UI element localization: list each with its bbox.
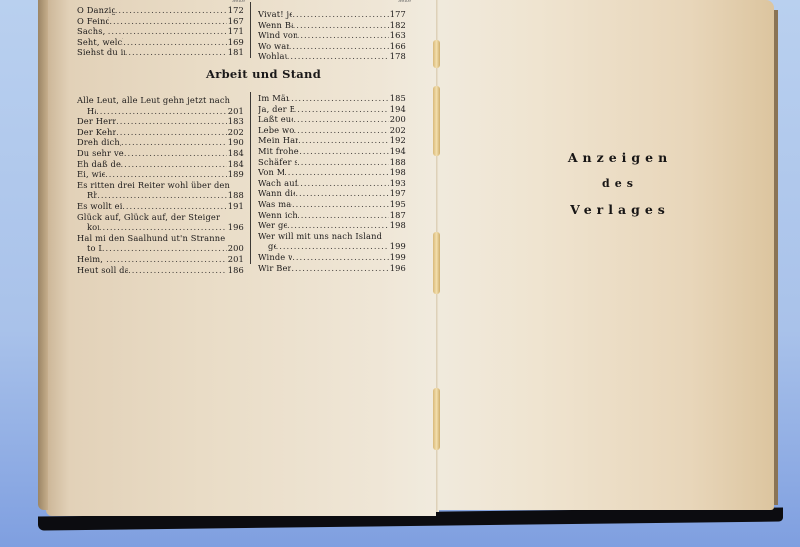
toc-entry: Es ritten drei Reiter wohl über den [77, 180, 244, 191]
column-divider [250, 92, 251, 264]
binding-thread [433, 86, 440, 156]
toc-entry: Laßt euch nicht verdrießen200 [258, 114, 406, 125]
toc-column-right: Vivat! jetzt geht's ins Feld177 Wenn Bau… [258, 9, 406, 62]
toc-entry: Wir Bergleute hauen fein196 [258, 263, 406, 274]
toc-entry: Ja, der Bergsche Fuhrmann194 [258, 104, 406, 115]
toc-entry: Wind vom Acker und vom Korn163 [258, 30, 406, 41]
toc-entry: Dreh dich, dreh dich, Rädchen190 [77, 137, 244, 148]
toc-entry-continuation: Haus201 [77, 106, 244, 117]
toc-entry: Es wollt ein Schneider wandern191 [77, 201, 244, 212]
binding-thread [433, 232, 440, 294]
toc-entry: Der Herrgott gibt's Leben183 [77, 116, 244, 127]
toc-entry-continuation: gehn199 [258, 241, 406, 252]
binding-thread [433, 40, 440, 68]
toc-column-right: Im Märzen der Bauer185 Ja, der Bergsche … [258, 93, 406, 273]
toc-entry: Seht, welche Macht ihr gebracht169 [77, 37, 244, 48]
publisher-ads-heading: Anzeigen des Verlages [560, 145, 680, 223]
toc-entry-continuation: to Lanne200 [77, 243, 244, 254]
toc-entry: Mit frohem Mut und heiterm Sinn194 [258, 146, 406, 157]
toc-entry: Eh daß der Bauer untreu wird184 [77, 159, 244, 170]
toc-entry: Ei, wie so töricht189 [77, 169, 244, 180]
toc-entry: Wenn ich morgens früh aufsteh187 [258, 210, 406, 221]
toc-entry: Sachs, halte Wacht171 [77, 26, 244, 37]
toc-entry: Wer will mit uns nach Island [258, 231, 406, 242]
toc-entry: Heut soll das große Flachsernten sein186 [77, 265, 244, 276]
heading-line: Anzeigen [560, 145, 680, 171]
toc-entry: Wer geht mit, juchhe198 [258, 220, 406, 231]
toc-entry: Wo warest du so lange166 [258, 41, 406, 52]
toc-column-left: Alle Leut, alle Leut gehn jetzt nach Hau… [77, 95, 244, 275]
toc-entry: Wann die Bergleut fahren ein197 [258, 188, 406, 199]
toc-entry: Lebe wohl! Glück leite dich202 [258, 125, 406, 136]
toc-entry: Winde wehn, Schiffe gehn199 [258, 252, 406, 263]
toc-entry: Hal mi den Saalhund ut'n Stranne [77, 233, 244, 244]
toc-entry: Vivat! jetzt geht's ins Feld177 [258, 9, 406, 20]
toc-entry: O Danzig, halt dich feste172 [77, 5, 244, 16]
toc-entry: Wenn Bauern marschieren182 [258, 20, 406, 31]
column-divider [250, 2, 251, 58]
toc-entry: Wach auf, du Handwerksgesell193 [258, 178, 406, 189]
toc-entry: Glück auf, Glück auf, der Steiger [77, 212, 244, 223]
heading-line: des [560, 171, 680, 197]
toc-column-left: O Danzig, halt dich feste172 O Feinde, w… [77, 5, 244, 58]
toc-entry: Der Kehraus, der Kehraus202 [77, 127, 244, 138]
binding-thread [433, 388, 440, 450]
toc-entry: Siehst du im Osten das Morgenrot181 [77, 47, 244, 58]
toc-entry: Im Märzen der Bauer185 [258, 93, 406, 104]
toc-entry: O Feinde, wie falsch167 [77, 16, 244, 27]
heading-line: Verlages [560, 197, 680, 223]
section-title: Arbeit und Stand [206, 67, 321, 81]
toc-entry: Von Meer zu Meer198 [258, 167, 406, 178]
toc-entry: Mein Handwerk fällt mir schwer192 [258, 135, 406, 146]
right-page [436, 0, 774, 510]
seite-label: Seite [232, 0, 245, 4]
toc-entry: Wohlauf, Kameraden178 [258, 51, 406, 62]
toc-entry: Heim, heim, heim201 [77, 254, 244, 265]
toc-entry: Was macht der Fuhrmann195 [258, 199, 406, 210]
toc-entry: Du sehr verachteter Bauernstand184 [77, 148, 244, 159]
toc-entry-continuation: Rhein188 [77, 190, 244, 201]
seite-label: Seite [398, 0, 411, 4]
toc-entry: Schäfer sag, wo tust du weiden188 [258, 157, 406, 168]
toc-entry-continuation: kommt196 [77, 222, 244, 233]
toc-entry: Alle Leut, alle Leut gehn jetzt nach [77, 95, 244, 106]
